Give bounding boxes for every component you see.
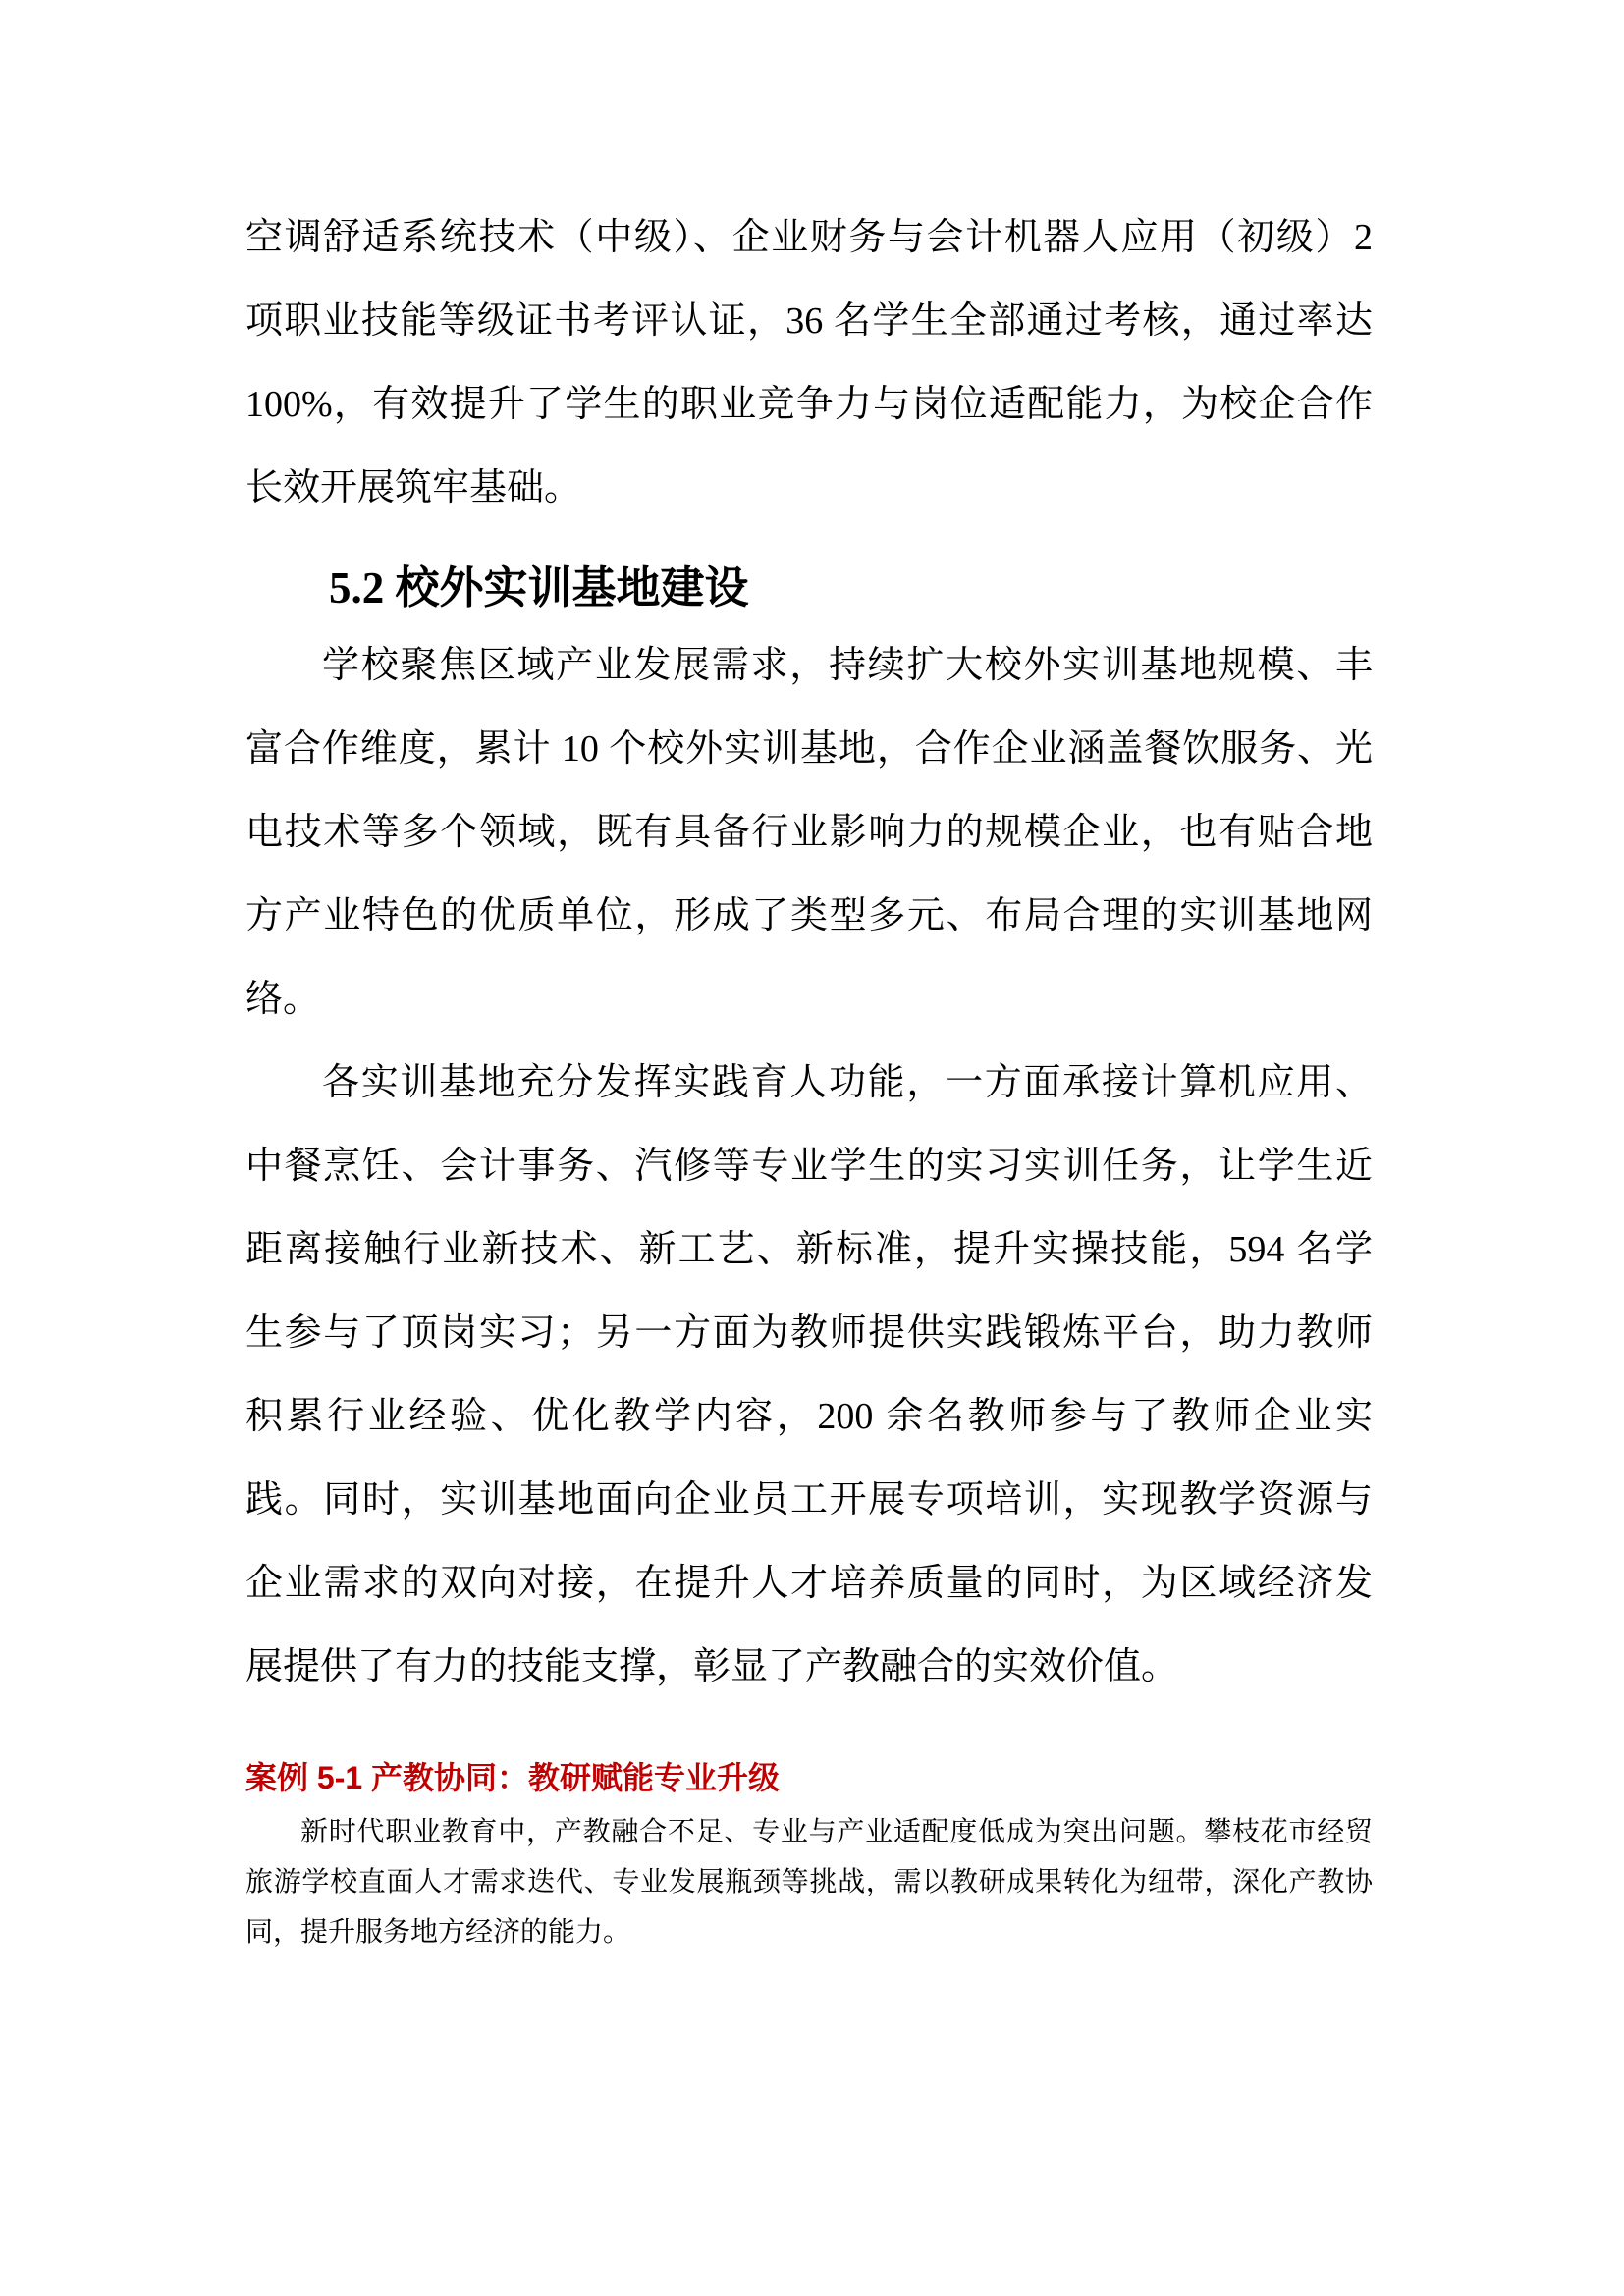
case-line: 旅游学校直面人才需求迭代、专业发展瓶颈等挑战，需以教研成果转化为纽带，深化产教协 [245,1857,1373,1907]
body-line: 践。同时，实训基地面向企业员工开展专项培训，实现教学资源与 [245,1459,1373,1542]
body-line: 长效开展筑牢基础。 [245,447,1373,530]
body-line: 展提供了有力的技能支撑，彰显了产教融合的实效价值。 [245,1626,1373,1709]
body-line: 富合作维度，累计 10 个校外实训基地，合作企业涵盖餐饮服务、光 [245,708,1373,791]
body-line: 项职业技能等级证书考评认证，36 名学生全部通过考核，通过率达 [245,280,1373,363]
body-line: 企业需求的双向对接，在提升人才培养质量的同时，为区域经济发 [245,1542,1373,1626]
body-line: 距离接触行业新技术、新工艺、新标准，提升实操技能，594 名学 [245,1208,1373,1292]
body-line: 积累行业经验、优化教学内容，200 余名教师参与了教师企业实 [245,1375,1373,1459]
body-line: 学校聚焦区域产业发展需求，持续扩大校外实训基地规模、丰 [245,624,1373,708]
body-line: 络。 [245,958,1373,1041]
case-line: 同，提升服务地方经济的能力。 [245,1907,1373,1957]
body-line: 生参与了顶岗实习；另一方面为教师提供实践锻炼平台，助力教师 [245,1292,1373,1375]
case-line: 新时代职业教育中，产教融合不足、专业与产业适配度低成为突出问题。攀枝花市经贸 [245,1807,1373,1857]
case-study-paragraph: 新时代职业教育中，产教融合不足、专业与产业适配度低成为突出问题。攀枝花市经贸 旅… [245,1807,1373,1957]
case-study-heading: 案例 5-1 产教协同：教研赋能专业升级 [245,1756,1373,1799]
body-line: 电技术等多个领域，既有具备行业影响力的规模企业，也有贴合地 [245,791,1373,875]
body-line: 空调舒适系统技术（中级）、企业财务与会计机器人应用（初级）2 [245,196,1373,280]
section-heading: 5.2 校外实训基地建设 [245,558,1373,618]
body-line: 中餐烹饪、会计事务、汽修等专业学生的实习实训任务，让学生近 [245,1125,1373,1208]
body-line: 100%，有效提升了学生的职业竞争力与岗位适配能力，为校企合作 [245,363,1373,447]
body-line: 各实训基地充分发挥实践育人功能，一方面承接计算机应用、 [245,1041,1373,1125]
document-page: 空调舒适系统技术（中级）、企业财务与会计机器人应用（初级）2 项职业技能等级证书… [0,0,1624,2296]
body-line: 方产业特色的优质单位，形成了类型多元、布局合理的实训基地网 [245,875,1373,958]
document-content: 空调舒适系统技术（中级）、企业财务与会计机器人应用（初级）2 项职业技能等级证书… [245,196,1373,1957]
